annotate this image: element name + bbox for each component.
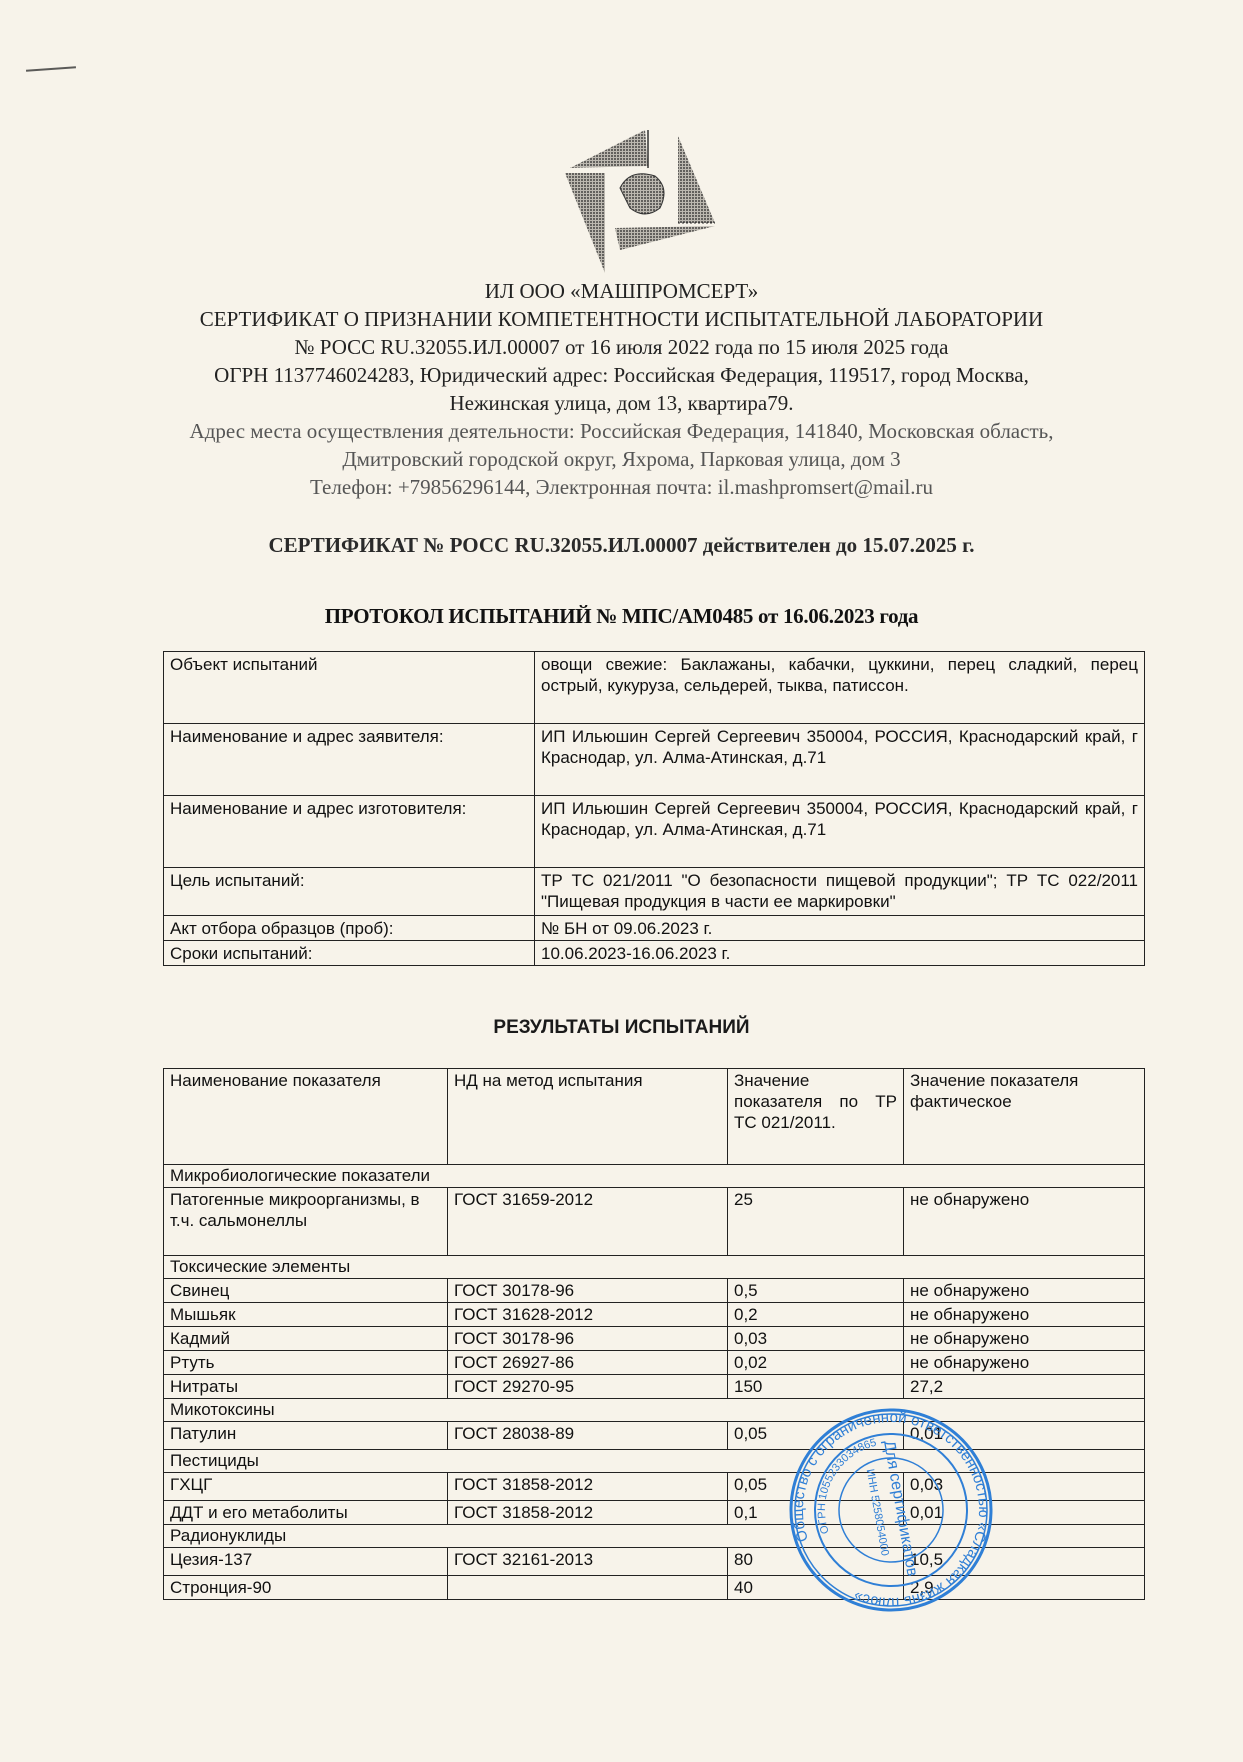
indicator-cell: Ртуть bbox=[164, 1351, 448, 1375]
actual-cell: 27,2 bbox=[904, 1375, 1145, 1399]
activity-address-line1: Адрес места осуществления деятельности: … bbox=[0, 417, 1243, 445]
info-value: ИП Ильюшин Сергей Сергеевич 350004, РОСС… bbox=[535, 724, 1145, 796]
method-cell: ГОСТ 32161-2013 bbox=[448, 1548, 728, 1576]
info-label: Акт отбора образцов (проб): bbox=[164, 916, 535, 941]
method-cell: ГОСТ 29270-95 bbox=[448, 1375, 728, 1399]
actual-cell: 0,01 bbox=[904, 1501, 1145, 1525]
table-row: Мышьяк ГОСТ 31628-2012 0,2 не обнаружено bbox=[164, 1303, 1145, 1327]
table-row: Стронция-90 40 2,9 bbox=[164, 1576, 1145, 1600]
info-label: Наименование и адрес заявителя: bbox=[164, 724, 535, 796]
method-cell: ГОСТ 31858-2012 bbox=[448, 1473, 728, 1501]
method-cell: ГОСТ 30178-96 bbox=[448, 1279, 728, 1303]
method-cell: ГОСТ 28038-89 bbox=[448, 1422, 728, 1450]
table-row: Ртуть ГОСТ 26927-86 0,02 не обнаружено bbox=[164, 1351, 1145, 1375]
actual-cell: 0,03 bbox=[904, 1473, 1145, 1501]
info-value: ИП Ильюшин Сергей Сергеевич 350004, РОСС… bbox=[535, 796, 1145, 868]
table-row: Наименование и адрес изготовителя: ИП Ил… bbox=[164, 796, 1145, 868]
contacts-line: Телефон: +79856296144, Электронная почта… bbox=[0, 473, 1243, 501]
table-row: Объект испытаний овощи свежие: Баклажаны… bbox=[164, 652, 1145, 724]
group-name: Радионуклиды bbox=[164, 1525, 1145, 1548]
table-row: Наименование и адрес заявителя: ИП Ильюш… bbox=[164, 724, 1145, 796]
actual-cell: 2,9 bbox=[904, 1576, 1145, 1600]
method-cell: ГОСТ 31659-2012 bbox=[448, 1188, 728, 1256]
actual-cell: 10,5 bbox=[904, 1548, 1145, 1576]
table-row: Кадмий ГОСТ 30178-96 0,03 не обнаружено bbox=[164, 1327, 1145, 1351]
indicator-cell: Патогенные микроорганизмы, в т.ч. сальмо… bbox=[164, 1188, 448, 1256]
indicator-cell: Свинец bbox=[164, 1279, 448, 1303]
lab-name: ИЛ ООО «МАШПРОМСЕРТ» bbox=[0, 277, 1243, 305]
group-name: Пестициды bbox=[164, 1450, 1145, 1473]
table-row: Сроки испытаний: 10.06.2023-16.06.2023 г… bbox=[164, 941, 1145, 966]
legal-address-line2: Нежинская улица, дом 13, квартира79. bbox=[0, 389, 1243, 417]
certificate-validity: СЕРТИФИКАТ № РОСС RU.32055.ИЛ.00007 дейс… bbox=[0, 533, 1243, 558]
method-cell: ГОСТ 31858-2012 bbox=[448, 1501, 728, 1525]
norm-cell: 80 bbox=[728, 1548, 904, 1576]
column-header: НД на метод испытания bbox=[448, 1069, 728, 1165]
method-cell bbox=[448, 1576, 728, 1600]
table-row: ГХЦГ ГОСТ 31858-2012 0,05 0,03 bbox=[164, 1473, 1145, 1501]
norm-cell: 0,05 bbox=[728, 1422, 904, 1450]
norm-cell: 0,2 bbox=[728, 1303, 904, 1327]
results-header-row: Наименование показателя НД на метод испы… bbox=[164, 1069, 1145, 1165]
norm-cell: 0,1 bbox=[728, 1501, 904, 1525]
table-row: Цель испытаний: ТР ТС 021/2011 "О безопа… bbox=[164, 868, 1145, 916]
indicator-cell: Цезия-137 bbox=[164, 1548, 448, 1576]
legal-address-line1: ОГРН 1137746024283, Юридический адрес: Р… bbox=[0, 361, 1243, 389]
method-cell: ГОСТ 30178-96 bbox=[448, 1327, 728, 1351]
actual-cell: не обнаружено bbox=[904, 1303, 1145, 1327]
info-value: овощи свежие: Баклажаны, кабачки, цуккин… bbox=[535, 652, 1145, 724]
group-row: Радионуклиды bbox=[164, 1525, 1145, 1548]
indicator-cell: Нитраты bbox=[164, 1375, 448, 1399]
norm-cell: 0,05 bbox=[728, 1473, 904, 1501]
info-value: ТР ТС 021/2011 "О безопасности пищевой п… bbox=[535, 868, 1145, 916]
document-page: ИЛ ООО «МАШПРОМСЕРТ» СЕРТИФИКАТ О ПРИЗНА… bbox=[0, 0, 1243, 1762]
lab-logo-icon bbox=[560, 128, 720, 288]
actual-cell: не обнаружено bbox=[904, 1327, 1145, 1351]
method-cell: ГОСТ 26927-86 bbox=[448, 1351, 728, 1375]
table-row: Патулин ГОСТ 28038-89 0,05 0,01 bbox=[164, 1422, 1145, 1450]
method-cell: ГОСТ 31628-2012 bbox=[448, 1303, 728, 1327]
norm-cell: 150 bbox=[728, 1375, 904, 1399]
group-name: Микробиологические показатели bbox=[164, 1165, 1145, 1188]
group-row: Токсические элементы bbox=[164, 1256, 1145, 1279]
table-row: Цезия-137 ГОСТ 32161-2013 80 10,5 bbox=[164, 1548, 1145, 1576]
table-row: Нитраты ГОСТ 29270-95 150 27,2 bbox=[164, 1375, 1145, 1399]
info-label: Цель испытаний: bbox=[164, 868, 535, 916]
table-row: Патогенные микроорганизмы, в т.ч. сальмо… bbox=[164, 1188, 1145, 1256]
info-label: Наименование и адрес изготовителя: bbox=[164, 796, 535, 868]
protocol-info-table: Объект испытаний овощи свежие: Баклажаны… bbox=[163, 651, 1145, 966]
indicator-cell: ГХЦГ bbox=[164, 1473, 448, 1501]
actual-cell: не обнаружено bbox=[904, 1279, 1145, 1303]
norm-cell: 40 bbox=[728, 1576, 904, 1600]
scan-mark bbox=[26, 66, 76, 71]
table-row: ДДТ и его метаболиты ГОСТ 31858-2012 0,1… bbox=[164, 1501, 1145, 1525]
norm-cell: 0,02 bbox=[728, 1351, 904, 1375]
indicator-cell: Мышьяк bbox=[164, 1303, 448, 1327]
group-row: Пестициды bbox=[164, 1450, 1145, 1473]
actual-cell: 0,01 bbox=[904, 1422, 1145, 1450]
info-label: Объект испытаний bbox=[164, 652, 535, 724]
group-row: Микотоксины bbox=[164, 1399, 1145, 1422]
results-title: РЕЗУЛЬТАТЫ ИСПЫТАНИЙ bbox=[0, 1017, 1243, 1039]
group-name: Токсические элементы bbox=[164, 1256, 1145, 1279]
actual-cell: не обнаружено bbox=[904, 1188, 1145, 1256]
activity-address-line2: Дмитровский городской округ, Яхрома, Пар… bbox=[0, 445, 1243, 473]
group-row: Микробиологические показатели bbox=[164, 1165, 1145, 1188]
results-table: Наименование показателя НД на метод испы… bbox=[163, 1068, 1145, 1600]
table-row: Свинец ГОСТ 30178-96 0,5 не обнаружено bbox=[164, 1279, 1145, 1303]
info-value: № БН от 09.06.2023 г. bbox=[535, 916, 1145, 941]
indicator-cell: Стронция-90 bbox=[164, 1576, 448, 1600]
group-name: Микотоксины bbox=[164, 1399, 1145, 1422]
column-header: Значение показателя по ТР ТС 021/2011. bbox=[728, 1069, 904, 1165]
info-value: 10.06.2023-16.06.2023 г. bbox=[535, 941, 1145, 966]
table-row: Акт отбора образцов (проб): № БН от 09.0… bbox=[164, 916, 1145, 941]
norm-cell: 25 bbox=[728, 1188, 904, 1256]
certificate-number: № РОСС RU.32055.ИЛ.00007 от 16 июля 2022… bbox=[0, 333, 1243, 361]
indicator-cell: Патулин bbox=[164, 1422, 448, 1450]
column-header: Значение показателя фактическое bbox=[904, 1069, 1145, 1165]
norm-cell: 0,5 bbox=[728, 1279, 904, 1303]
indicator-cell: ДДТ и его метаболиты bbox=[164, 1501, 448, 1525]
info-label: Сроки испытаний: bbox=[164, 941, 535, 966]
certificate-title: СЕРТИФИКАТ О ПРИЗНАНИИ КОМПЕТЕНТНОСТИ ИС… bbox=[0, 305, 1243, 333]
norm-cell: 0,03 bbox=[728, 1327, 904, 1351]
column-header: Наименование показателя bbox=[164, 1069, 448, 1165]
actual-cell: не обнаружено bbox=[904, 1351, 1145, 1375]
protocol-title: ПРОТОКОЛ ИСПЫТАНИЙ № МПС/АМ0485 от 16.06… bbox=[0, 604, 1243, 629]
indicator-cell: Кадмий bbox=[164, 1327, 448, 1351]
